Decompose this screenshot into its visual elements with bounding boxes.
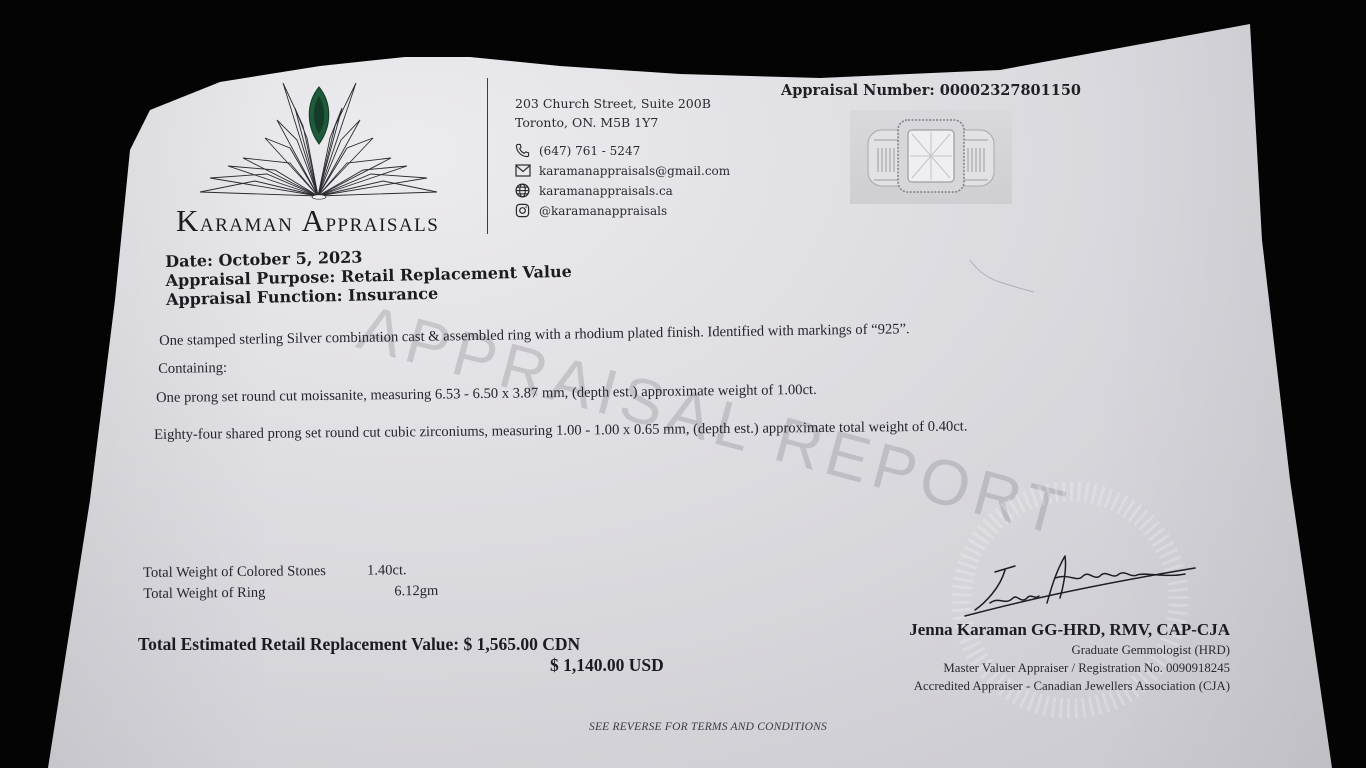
email-icon [514,162,531,179]
instagram-icon [514,202,531,219]
description-line-1: One stamped sterling Silver combination … [159,321,910,350]
total-value-usd: $ 1,140.00 USD [550,655,664,676]
appraiser-name: Jenna Karaman GG-HRD, RMV, CAP-CJA [909,619,1230,641]
weights-table: Total Weight of Colored Stones 1.40ct. T… [143,560,438,605]
globe-icon [514,182,531,199]
signature-mark [955,548,1225,623]
stone-description-1: One prong set round cut moissanite, meas… [156,382,817,407]
appraisal-document: APPRAISAL REPORT [0,0,1366,768]
contact-instagram: @karamanappraisals [514,202,667,219]
appraisal-heading-block: Date: October 5, 2023 Appraisal Purpose:… [165,243,572,309]
ring-photo [850,110,1012,204]
terms-footer: SEE REVERSE FOR TERMS AND CONDITIONS [589,721,827,733]
header-divider [487,78,488,234]
photo-stage: APPRAISAL REPORT [0,0,1366,768]
contact-website: karamanappraisals.ca [514,182,673,199]
contact-instagram-text: @karamanappraisals [539,204,667,218]
address-line-1: 203 Church Street, Suite 200B [515,96,711,111]
ring-icon [850,110,1012,204]
contact-website-text: karamanappraisals.ca [539,184,673,198]
total-value-cdn: Total Estimated Retail Replacement Value… [138,634,580,655]
stone-description-2: Eighty-four shared prong set round cut c… [154,418,968,444]
appraiser-block: Jenna Karaman GG-HRD, RMV, CAP-CJA Gradu… [909,619,1230,695]
paper-crease [968,258,1038,298]
appraiser-credential: Accredited Appraiser - Canadian Jeweller… [909,677,1230,695]
contact-phone-text: (647) 761 - 5247 [539,144,640,158]
appraisal-number: Appraisal Number: 00002327801150 [781,82,1081,99]
address-line-2: Toronto, ON. M5B 1Y7 [515,115,658,130]
phone-icon [514,142,531,159]
company-logo-icon [195,78,445,203]
appraiser-credential: Graduate Gemmologist (HRD) [909,641,1230,659]
contact-email: karamanappraisals@gmail.com [514,162,730,179]
description-line-2: Containing: [158,360,227,378]
contact-phone: (647) 761 - 5247 [514,142,640,159]
contact-email-text: karamanappraisals@gmail.com [539,164,730,178]
weight-row: Total Weight of Ring 6.12gm [143,581,438,605]
appraiser-credential: Master Valuer Appraiser / Registration N… [909,659,1230,677]
company-brand-name: Karaman Appraisals [176,203,439,239]
